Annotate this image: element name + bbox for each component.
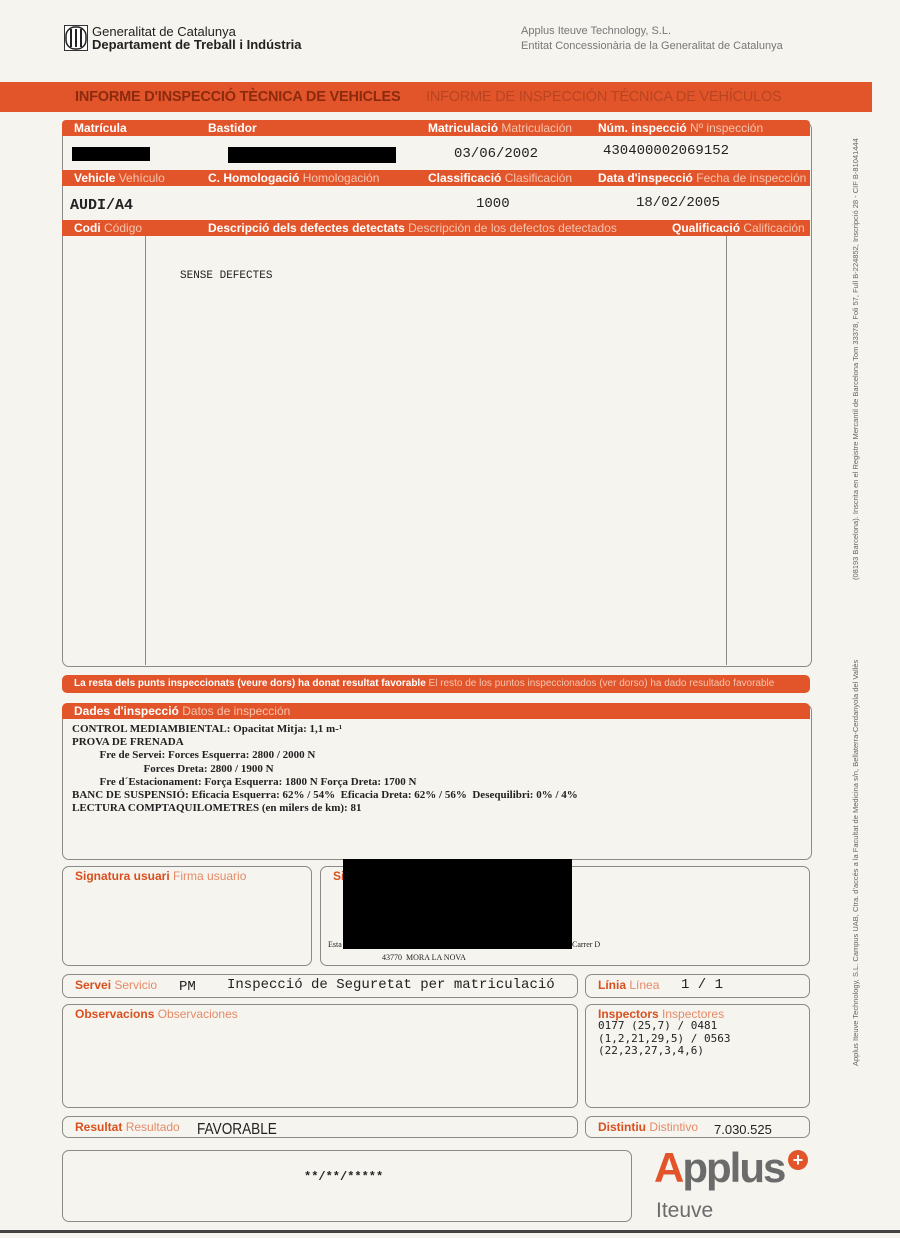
inspector-line: 0177 (25,7) / 0481 (598, 1020, 730, 1033)
distintiu-box: Distintiu Distintivo 7.030.525 (585, 1116, 810, 1138)
company-concession: Entitat Concessionària de la Generalitat… (521, 40, 783, 52)
label-descripcion: Descripción de los defectos detectados (408, 221, 617, 235)
defects-text: SENSE DEFECTES (180, 270, 272, 282)
inspection-data-line: PROVA DE FRENADA (72, 736, 578, 749)
matricula-redacted (72, 147, 150, 161)
favorable-text-ca: La resta dels punts inspeccionats (veure… (74, 678, 426, 689)
row1-header: Matrícula Bastidor Matriculació Matricul… (62, 120, 810, 136)
plus-circle-icon: + (788, 1150, 808, 1170)
title-ca: INFORME D'INSPECCIÓ TÈCNICA DE VEHICLES (75, 89, 400, 105)
bottom-rule (0, 1230, 900, 1233)
label-homologacion: Homologación (303, 171, 380, 185)
inspector-line: (22,23,27,3,4,6) (598, 1045, 730, 1058)
company-name: Applus Iteuve Technology, S.L. (521, 25, 671, 37)
inspection-data-header: Dades d'inspecció Datos de inspección (62, 703, 810, 719)
catalonia-emblem-icon (64, 25, 88, 51)
label-resultat: Resultat (75, 1120, 122, 1134)
label-observacions: Observacions (75, 1007, 154, 1021)
label-datos-inspeccion: Datos de inspección (182, 704, 290, 718)
favorable-text-es: El resto de los puntos inspeccionados (v… (429, 678, 775, 689)
label-observaciones: Observaciones (158, 1007, 238, 1021)
user-signature-box: Signatura usuari Firma usuario (62, 866, 312, 966)
defects-header: Codi Código Descripció dels defectes det… (62, 220, 810, 236)
label-num-inspeccion: Nº inspección (690, 121, 763, 135)
data-inspeccio-value: 18/02/2005 (636, 195, 720, 211)
favorable-bar: La resta dels punts inspeccionats (veure… (62, 675, 810, 693)
inspection-data-line: Forces Dreta: 2800 / 1900 N (72, 763, 578, 776)
label-matriculacion: Matriculación (501, 121, 572, 135)
label-linea: Línea (629, 978, 659, 992)
label-calificacion: Calificación (743, 221, 804, 235)
label-qualificacio: Qualificació (672, 221, 740, 235)
inspection-data-line: CONTROL MEDIAMBIENTAL: Opacitat Mitja: 1… (72, 723, 578, 736)
linia-value: 1 / 1 (681, 977, 723, 993)
qualificacio-column-divider (726, 236, 727, 665)
codi-column-divider (145, 236, 146, 665)
label-bastidor: Bastidor (208, 120, 257, 136)
stamp-redacted (343, 859, 572, 949)
bastidor-redacted (228, 147, 396, 163)
inspection-data-line: LECTURA COMPTAQUILOMETRES (en milers de … (72, 802, 578, 815)
label-descripcio: Descripció dels defectes detectats (208, 221, 405, 235)
label-data-inspeccio: Data d'inspecció (598, 171, 693, 185)
inspection-data-line: BANC DE SUSPENSIÓ: Eficacia Esquerra: 62… (72, 789, 578, 802)
inspection-data-line: Fre d´Estacionament: Força Esquerra: 180… (72, 776, 578, 789)
matriculacio-value: 03/06/2002 (454, 146, 538, 162)
row2-header: Vehicle Vehículo C. Homologació Homologa… (62, 170, 810, 186)
label-servicio: Servicio (114, 978, 157, 992)
service-box: Servei Servicio PM Inspecció de Segureta… (62, 974, 578, 998)
label-signatura-usuari: Signatura usuari (75, 869, 170, 883)
num-inspeccio-value: 430400002069152 (603, 143, 729, 159)
stamp-text-left: Esta (328, 940, 342, 949)
observations-box: Observacions Observaciones (62, 1004, 578, 1108)
label-homologacio: C. Homologació (208, 171, 299, 185)
label-matricula: Matrícula (74, 120, 127, 136)
inspection-data-lines: CONTROL MEDIAMBIENTAL: Opacitat Mitja: 1… (72, 723, 578, 815)
title-es: INFORME DE INSPECCIÓN TÉCNICA DE VEHÍCUL… (426, 89, 782, 105)
service-value: Inspecció de Seguretat per matriculació (227, 977, 555, 993)
side-text-upper: (08193 Barcelona). Inscrita en el Regist… (851, 138, 860, 580)
label-linia: Línia (598, 978, 626, 992)
label-codigo: Código (104, 221, 142, 235)
label-distintivo: Distintivo (649, 1120, 698, 1134)
label-resultado: Resultado (126, 1120, 180, 1134)
result-value: FAVORABLE (197, 1121, 277, 1139)
stamp-city: 43770 MORA LA NOVA (382, 953, 466, 962)
linia-box: Línia Línea 1 / 1 (585, 974, 810, 998)
label-firma-usuario: Firma usuario (173, 869, 246, 883)
label-servei: Servei (75, 978, 111, 992)
inspectors-box: Inspectors Inspectores 0177 (25,7) / 048… (585, 1004, 810, 1108)
result-box: Resultat Resultado FAVORABLE (62, 1116, 578, 1138)
vehicle-value: AUDI/A4 (70, 197, 133, 214)
bottom-box-value: **/**/***** (304, 1170, 383, 1184)
distintiu-value: 7.030.525 (714, 1122, 772, 1137)
label-vehicle: Vehicle (74, 171, 115, 185)
stamp-text-right: Carrer D (572, 940, 600, 949)
label-classificacio: Classificació (428, 171, 501, 185)
side-text-lower: Applus Iteuve Technology, S.L. Campus UA… (851, 660, 860, 1066)
inspection-data-line: Fre de Servei: Forces Esquerra: 2800 / 2… (72, 749, 578, 762)
label-vehiculo: Vehículo (119, 171, 165, 185)
department-name: Departament de Treball i Indústria (92, 38, 302, 51)
inspectors-list: 0177 (25,7) / 0481(1,2,21,29,5) / 0563(2… (598, 1020, 730, 1058)
label-dades-inspeccio: Dades d'inspecció (74, 704, 179, 718)
label-distintiu: Distintiu (598, 1120, 646, 1134)
bottom-box: **/**/***** (62, 1150, 632, 1222)
label-fecha-inspeccion: Fecha de inspección (696, 171, 806, 185)
service-code: PM (179, 979, 196, 995)
label-codi: Codi (74, 221, 101, 235)
label-matriculacio: Matriculació (428, 121, 498, 135)
title-bar: INFORME D'INSPECCIÓ TÈCNICA DE VEHICLES … (0, 82, 872, 112)
label-clasificacion: Clasificación (505, 171, 572, 185)
label-num-inspeccio: Núm. inspecció (598, 121, 687, 135)
classificacio-value: 1000 (476, 196, 510, 212)
logo-subtitle: Iteuve (656, 1199, 713, 1223)
applus-logo: Applus (654, 1146, 784, 1190)
